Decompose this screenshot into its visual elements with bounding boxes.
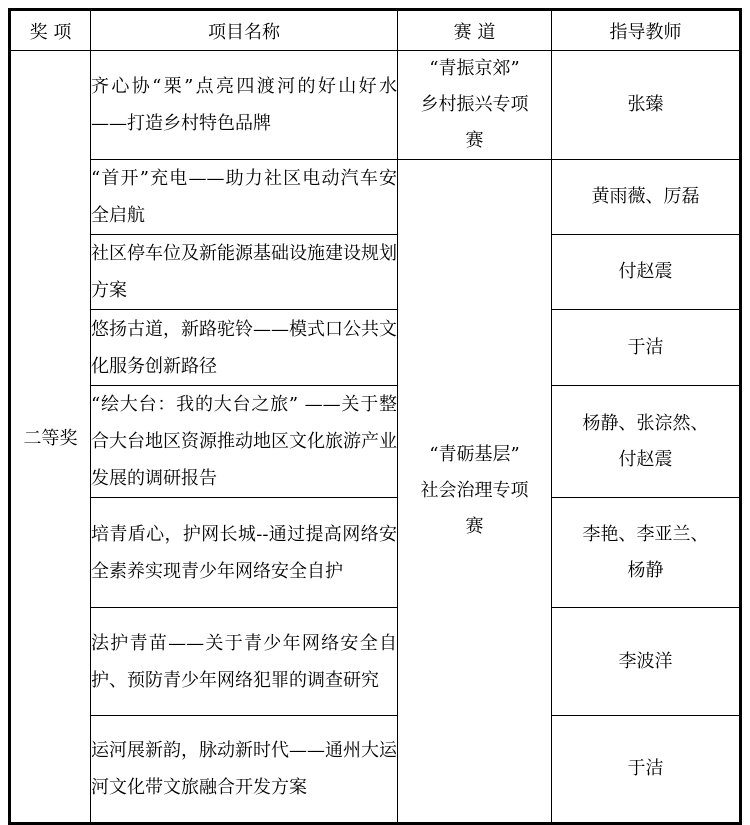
project-cell: 悠扬古道，新路驼铃——模式口公共文化服务创新路径 (91, 310, 398, 386)
table-row: 培青盾心，护网长城--通过提高网络安全素养实现青少年网络安全自护 李艳、李亚兰、… (10, 498, 741, 608)
table-row: 运河展新韵，脉动新时代——通州大运河文化带文旅融合开发方案 于洁 (10, 716, 741, 824)
teacher-cell: 杨静、张淙然、 付赵震 (552, 386, 741, 498)
project-cell: 社区停车位及新能源基础设施建设规划方案 (91, 235, 398, 310)
project-cell: 齐心协“栗”点亮四渡河的好山好水——打造乡村特色品牌 (91, 51, 398, 160)
project-cell: 法护青苗——关于青少年网络安全自护、预防青少年网络犯罪的调查研究 (91, 608, 398, 716)
teacher-cell: 黄雨薇、厉磊 (552, 160, 741, 235)
teacher-cell: 付赵震 (552, 235, 741, 310)
table-row: 二等奖 齐心协“栗”点亮四渡河的好山好水——打造乡村特色品牌 “青振京郊” 乡村… (10, 51, 741, 160)
award-cell: 二等奖 (10, 51, 91, 824)
track-cell-merged: “青砺基层” 社会治理专项 赛 (398, 160, 552, 824)
table-row: “首开”充电——助力社区电动汽车安全启航 “青砺基层” 社会治理专项 赛 黄雨薇… (10, 160, 741, 235)
header-award: 奖 项 (10, 10, 91, 51)
table-row: 社区停车位及新能源基础设施建设规划方案 付赵震 (10, 235, 741, 310)
header-project-name: 项目名称 (91, 10, 398, 51)
header-row: 奖 项 项目名称 赛 道 指导教师 (10, 10, 741, 51)
header-advisor: 指导教师 (552, 10, 741, 51)
teacher-cell: 于洁 (552, 716, 741, 824)
teacher-cell: 李艳、李亚兰、 杨静 (552, 498, 741, 608)
header-track: 赛 道 (398, 10, 552, 51)
track-cell: “青振京郊” 乡村振兴专项 赛 (398, 51, 552, 160)
table-row: 法护青苗——关于青少年网络安全自护、预防青少年网络犯罪的调查研究 李波洋 (10, 608, 741, 716)
project-cell: 培青盾心，护网长城--通过提高网络安全素养实现青少年网络安全自护 (91, 498, 398, 608)
teacher-cell: 张臻 (552, 51, 741, 160)
project-cell: “绘大台：我的大台之旅” ——关于整合大台地区资源推动地区文化旅游产业发展的调研… (91, 386, 398, 498)
document-page: 奖 项 项目名称 赛 道 指导教师 二等奖 齐心协“栗”点亮四渡河的好山好水——… (8, 8, 739, 825)
project-cell: 运河展新韵，脉动新时代——通州大运河文化带文旅融合开发方案 (91, 716, 398, 824)
awards-table: 奖 项 项目名称 赛 道 指导教师 二等奖 齐心协“栗”点亮四渡河的好山好水——… (8, 8, 742, 825)
table-row: 悠扬古道，新路驼铃——模式口公共文化服务创新路径 于洁 (10, 310, 741, 386)
teacher-cell: 李波洋 (552, 608, 741, 716)
table-row: “绘大台：我的大台之旅” ——关于整合大台地区资源推动地区文化旅游产业发展的调研… (10, 386, 741, 498)
teacher-cell: 于洁 (552, 310, 741, 386)
project-cell: “首开”充电——助力社区电动汽车安全启航 (91, 160, 398, 235)
